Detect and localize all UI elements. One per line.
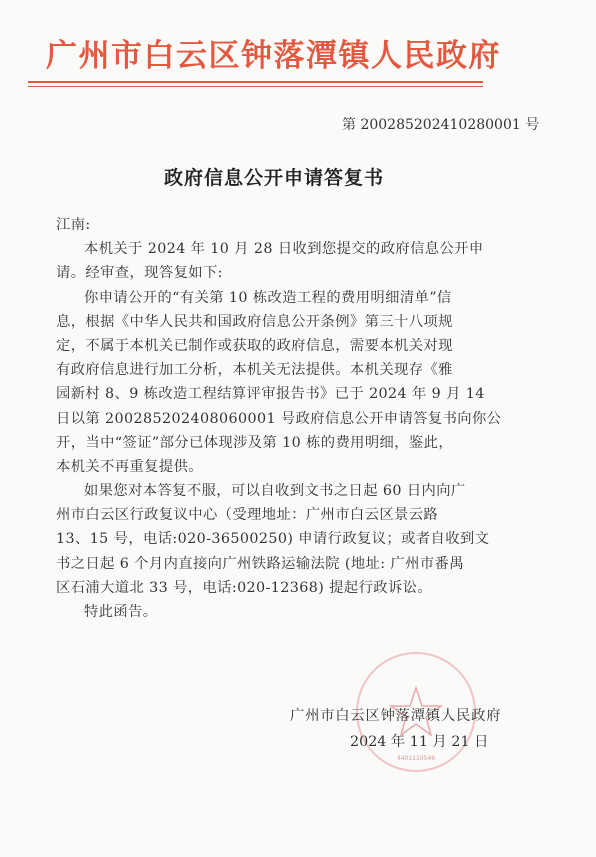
body-line: 书之日起 6 个月内直接向广州铁路运输法院 (地址: 广州市番禺 xyxy=(56,552,536,576)
body-line: 息，根据《中华人民共和国政府信息公开条例》第三十八项规 xyxy=(56,310,536,334)
body-line: 州市白云区行政复议中心（受理地址：广州市白云区景云路 xyxy=(56,503,536,527)
body-line: 本机关不再重复提供。 xyxy=(56,455,536,479)
body-line: 13、15 号，电话:020-36500250) 申请行政复议；或者自收到文 xyxy=(56,527,536,551)
body-line: 定，不属于本机关已制作或获取的政府信息，需要本机关对现 xyxy=(56,334,536,358)
salutation: 江南: xyxy=(56,213,536,237)
body-line: 园新村 8、9 栋改造工程结算评审报告书》已于 2024 年 9 月 14 xyxy=(56,382,536,406)
body-line: 日以第 200285202408060001 号政府信息公开申请答复书向你公 xyxy=(56,407,536,431)
body-line: 有政府信息进行加工分析，本机关无法提供。本机关现存《雅 xyxy=(56,358,536,382)
document-title: 政府信息公开申请答复书 xyxy=(164,163,384,190)
closing-line: 特此函告。 xyxy=(56,600,536,624)
body-line: 本机关于 2024 年 10 月 28 日收到您提交的政府信息公开申 xyxy=(56,237,536,261)
body-line: 你申请公开的“有关第 10 栋改造工程的费用明细清单”信 xyxy=(56,286,536,310)
svg-text:4401110546: 4401110546 xyxy=(397,755,435,762)
masthead-rule-thin xyxy=(28,86,483,87)
masthead-rule-thick xyxy=(28,81,483,83)
body-line: 开，当中“签证”部分已体现涉及第 10 栋的费用明细，鉴此， xyxy=(56,431,536,455)
body-line: 区石浦大道北 33 号，电话:020-12368) 提起行政诉讼。 xyxy=(56,576,536,600)
document-number: 第 200285202410280001 号 xyxy=(342,114,539,134)
body-line: 如果您对本答复不服，可以自收到文书之日起 60 日内向广 xyxy=(56,479,536,503)
signature-date: 2024 年 11 月 21 日 xyxy=(350,731,488,751)
document-body: 江南: 本机关于 2024 年 10 月 28 日收到您提交的政府信息公开申 请… xyxy=(56,213,536,624)
signature-org: 广州市白云区钟落潭镇人民政府 xyxy=(290,705,501,725)
masthead-title: 广州市白云区钟落潭镇人民政府 xyxy=(46,30,486,75)
body-line: 请。经审查，现答复如下: xyxy=(56,261,536,285)
document-page: 广州市白云区钟落潭镇人民政府 第 200285202410280001 号 政府… xyxy=(0,0,596,857)
